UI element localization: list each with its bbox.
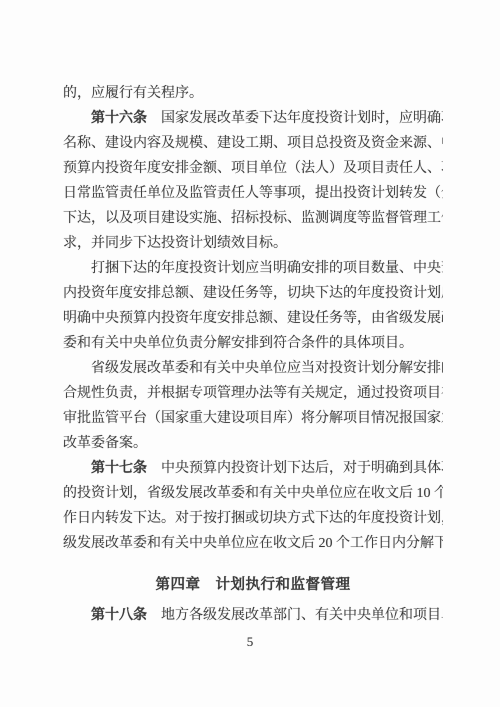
text-line: 第十六条 国家发展改革委下达年度投资计划时，应明确项目	[63, 106, 443, 131]
text-line: 省级发展改革委和有关中央单位应当对投资计划分解安排的	[63, 356, 443, 381]
text-line: 下达，以及项目建设实施、招标投标、监测调度等监督管理工作要	[63, 206, 443, 231]
text-line: 明确中央预算内投资年度安排总额、建设任务等，由省级发展改革	[63, 306, 443, 331]
text-line: 日常监管责任单位及监管责任人等事项，提出投资计划转发（分解）	[63, 181, 443, 206]
article-number: 第十六条	[91, 111, 147, 126]
text-line: 改革委备案。	[63, 431, 443, 456]
page-number: 5	[0, 629, 500, 654]
text-line: 内投资年度安排总额、建设任务等，切块下达的年度投资计划应当	[63, 281, 443, 306]
article-18: 第十八条 地方各级发展改革部门、有关中央单位和项目单位	[63, 603, 443, 628]
text-line: 合规性负责，并根据专项管理办法等有关规定，通过投资项目在线	[63, 381, 443, 406]
paragraph-continuation: 的，应履行有关程序。	[63, 81, 443, 106]
paragraph-provincial-filing: 省级发展改革委和有关中央单位应当对投资计划分解安排的合规性负责，并根据专项管理办…	[63, 356, 443, 456]
text-line: 名称、建设内容及规模、建设工期、项目总投资及资金来源、中央	[63, 131, 443, 156]
text-line: 委和有关中央单位负责分解安排到符合条件的具体项目。	[63, 331, 443, 356]
text-line: 第十七条 中央预算内投资计划下达后，对于明确到具体项目	[63, 456, 443, 481]
document-content: 的，应履行有关程序。第十六条 国家发展改革委下达年度投资计划时，应明确项目名称、…	[63, 81, 443, 628]
document-page: 的，应履行有关程序。第十六条 国家发展改革委下达年度投资计划时，应明确项目名称、…	[0, 0, 500, 707]
article-16: 第十六条 国家发展改革委下达年度投资计划时，应明确项目名称、建设内容及规模、建设…	[63, 106, 443, 256]
article-17: 第十七条 中央预算内投资计划下达后，对于明确到具体项目的投资计划，省级发展改革委…	[63, 456, 443, 556]
paragraph-bundled-plans: 打捆下达的年度投资计划应当明确安排的项目数量、中央预算内投资年度安排总额、建设任…	[63, 256, 443, 356]
text-line: 求，并同步下达投资计划绩效目标。	[63, 231, 443, 256]
text-line: 预算内投资年度安排金额、项目单位（法人）及项目责任人、项目	[63, 156, 443, 181]
article-number: 第十七条	[91, 461, 147, 476]
text-line: 级发展改革委和有关中央单位应在收文后 20 个工作日内分解下达。	[63, 531, 443, 556]
text-line: 作日内转发下达。对于按打捆或切块方式下达的年度投资计划，省	[63, 506, 443, 531]
text-line: 第十八条 地方各级发展改革部门、有关中央单位和项目单位	[63, 603, 443, 628]
text-line: 审批监管平台（国家重大建设项目库）将分解项目情况报国家发展	[63, 406, 443, 431]
text-line: 的，应履行有关程序。	[63, 81, 443, 106]
article-number: 第十八条	[91, 608, 147, 623]
text-line: 打捆下达的年度投资计划应当明确安排的项目数量、中央预算	[63, 256, 443, 281]
chapter-4-heading: 第四章 计划执行和监督管理	[63, 573, 443, 598]
text-line: 的投资计划，省级发展改革委和有关中央单位应在收文后 10 个工	[63, 481, 443, 506]
